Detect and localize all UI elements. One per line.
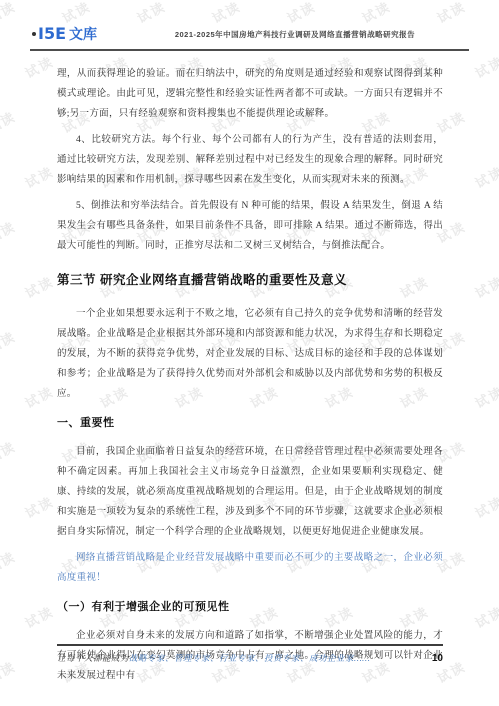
- footer-tagline-prefix: 让每个人都能成为: [57, 653, 129, 663]
- paragraph-theory: 理，从而获得理论的验证。而在归纳法中，研究的角度则是通过经验和观察试图得到某种模…: [57, 64, 443, 124]
- document-page: 试读试读试读试读试读试读试读试读试读试读试读试读试读试读试读试读试读试读试读试读…: [0, 0, 499, 706]
- logo-text: 文库: [69, 27, 97, 41]
- paragraph-method-4: 4、比较研究方法。每个行业、每个公司都有人的行为产生，没有普适的法则套用，通过比…: [57, 130, 443, 190]
- heading-foresight: （一）有利于增强企业的可预见性: [57, 598, 443, 614]
- report-title: 2021-2025年中国房地产科技行业调研及网络直播营销战略研究报告: [97, 29, 467, 40]
- section-heading: 第三节 研究企业网络直播营销战略的重要性及意义: [57, 270, 443, 288]
- heading-importance: 一、重要性: [57, 414, 443, 430]
- document-body: 理，从而获得理论的验证。而在归纳法中，研究的角度则是通过经验和观察试图得到某种模…: [0, 51, 499, 686]
- site-logo: I5E 文库: [32, 26, 97, 42]
- paragraph-method-5: 5、倒推法和穷举法结合。首先假设有 N 种可能的结果，假设 A 结果发生，倒退 …: [57, 196, 443, 256]
- page-number: 10: [432, 653, 443, 664]
- footer-tagline-highlight: 战略专家、管理专家、行业专家、投资专家、成功企业家……: [129, 653, 370, 663]
- footer-divider: [57, 644, 443, 646]
- page-header: I5E 文库 2021-2025年中国房地产科技行业调研及网络直播营销战略研究报…: [0, 0, 499, 42]
- logo-mark: I5E: [38, 26, 66, 42]
- logo-dot-icon: [32, 32, 36, 36]
- paragraph-highlight: 网络直播营销战略是企业经营发展战略中重要而必不可少的主要战略之一，企业必须高度重…: [57, 548, 443, 588]
- paragraph-importance: 目前，我国企业面临着日益复杂的经营环境，在日常经营管理过程中必须需要处理各种不确…: [57, 442, 443, 542]
- footer-tagline: 让每个人都能成为战略专家、管理专家、行业专家、投资专家、成功企业家……: [57, 652, 370, 664]
- page-footer: 让每个人都能成为战略专家、管理专家、行业专家、投资专家、成功企业家…… 10: [57, 644, 443, 664]
- paragraph-strategy: 一个企业如果想要永远利于不败之地，它必须有自己持久的竞争优势和清晰的经营发展战略…: [57, 304, 443, 404]
